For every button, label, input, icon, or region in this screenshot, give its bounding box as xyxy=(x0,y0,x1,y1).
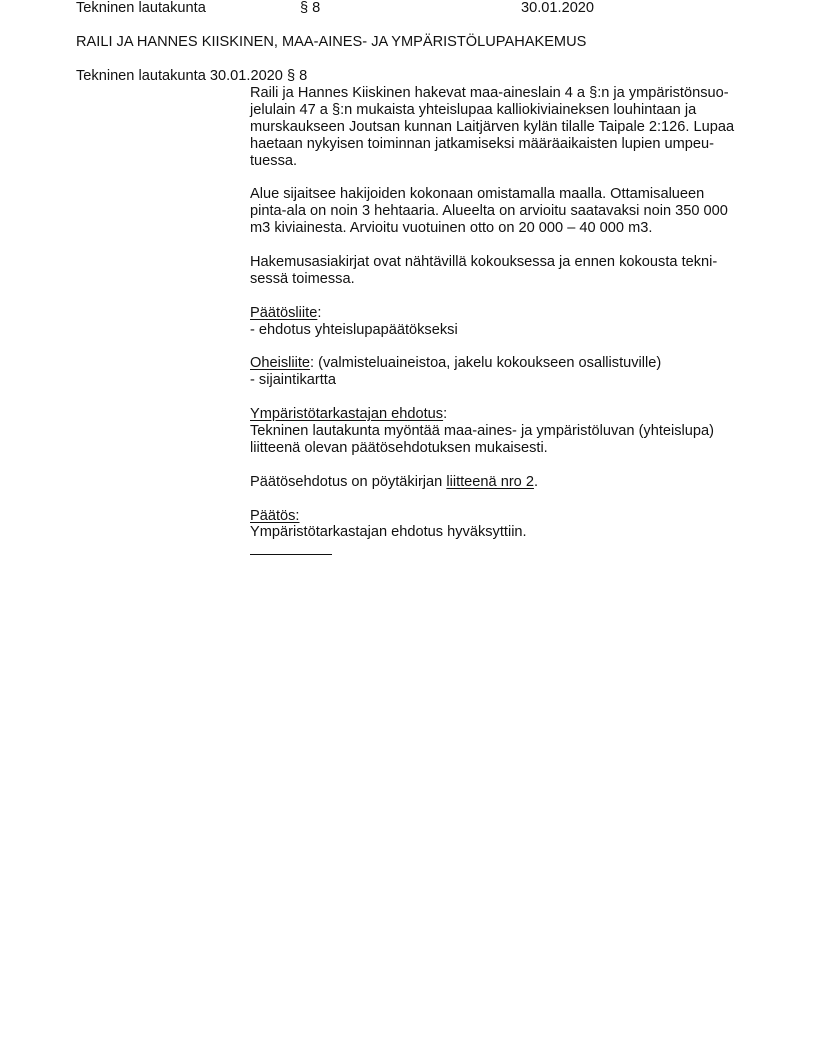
document-body: Raili ja Hannes Kiiskinen hakevat maa-ai… xyxy=(250,85,750,555)
spacer xyxy=(250,491,750,508)
text-line: jelulain 47 a §:n mukaista yhteislupaa k… xyxy=(250,102,750,119)
text-line: liitteenä olevan päätösehdotuksen mukais… xyxy=(250,440,750,457)
spacer xyxy=(250,170,750,187)
spacer xyxy=(250,237,750,254)
decision-label: Päätös: xyxy=(250,508,300,524)
text-line: Tekninen lautakunta myöntää maa-aines- j… xyxy=(250,423,750,440)
meeting-reference: Tekninen lautakunta 30.01.2020 § 8 xyxy=(76,68,307,85)
text-line: pinta-ala on noin 3 hehtaaria. Alueelta … xyxy=(250,203,750,220)
spacer xyxy=(250,389,750,406)
header-section: § 8 xyxy=(300,0,320,17)
decision-section: Päätös: Ympäristötarkastajan ehdotus hyv… xyxy=(250,508,750,542)
text-line: sessä toimessa. xyxy=(250,271,750,288)
decision-heading: Päätös: xyxy=(250,508,750,525)
paragraph-application: Raili ja Hannes Kiiskinen hakevat maa-ai… xyxy=(250,85,750,170)
supplementary-attachment-heading: Oheisliite: (valmisteluaineistoa, jakelu… xyxy=(250,355,750,372)
spacer xyxy=(250,457,750,474)
text-line: murskaukseen Joutsan kunnan Laitjärven k… xyxy=(250,119,750,136)
proposal-label: Ympäristötarkastajan ehdotus xyxy=(250,406,443,422)
decision-attachment-heading: Päätösliite: xyxy=(250,305,750,322)
text-line: Raili ja Hannes Kiiskinen hakevat maa-ai… xyxy=(250,85,750,102)
supplementary-attachment-section: Oheisliite: (valmisteluaineistoa, jakelu… xyxy=(250,355,750,389)
decision-attachment-label: Päätösliite xyxy=(250,305,317,321)
spacer xyxy=(250,339,750,356)
decision-attachment-item: - ehdotus yhteislupapäätökseksi xyxy=(250,322,750,339)
text-line: haetaan nykyisen toiminnan jatkamiseksi … xyxy=(250,136,750,153)
proposal-reference: Päätösehdotus on pöytäkirjan liitteenä n… xyxy=(250,474,750,491)
decision-text: Ympäristötarkastajan ehdotus hyväksyttii… xyxy=(250,524,750,541)
spacer xyxy=(250,288,750,305)
text-line: Hakemusasiakirjat ovat nähtävillä kokouk… xyxy=(250,254,750,271)
paragraph-documents: Hakemusasiakirjat ovat nähtävillä kokouk… xyxy=(250,254,750,288)
proposal-heading: Ympäristötarkastajan ehdotus: xyxy=(250,406,750,423)
closing-rule xyxy=(250,554,332,555)
header-date: 30.01.2020 xyxy=(521,0,594,17)
supplementary-attachment-label: Oheisliite xyxy=(250,355,310,371)
decision-attachment-section: Päätösliite: - ehdotus yhteislupapäätöks… xyxy=(250,305,750,339)
supplementary-attachment-item: - sijaintikartta xyxy=(250,372,750,389)
text-line: Alue sijaitsee hakijoiden kokonaan omist… xyxy=(250,186,750,203)
paragraph-area: Alue sijaitsee hakijoiden kokonaan omist… xyxy=(250,186,750,237)
document-title: RAILI JA HANNES KIISKINEN, MAA-AINES- JA… xyxy=(76,34,586,51)
proposal-section: Ympäristötarkastajan ehdotus: Tekninen l… xyxy=(250,406,750,457)
attachment-link[interactable]: liitteenä nro 2 xyxy=(446,474,534,490)
header-committee: Tekninen lautakunta xyxy=(76,0,206,17)
text-line: tuessa. xyxy=(250,153,750,170)
text-line: m3 kiviainesta. Arvioitu vuotuinen otto … xyxy=(250,220,750,237)
